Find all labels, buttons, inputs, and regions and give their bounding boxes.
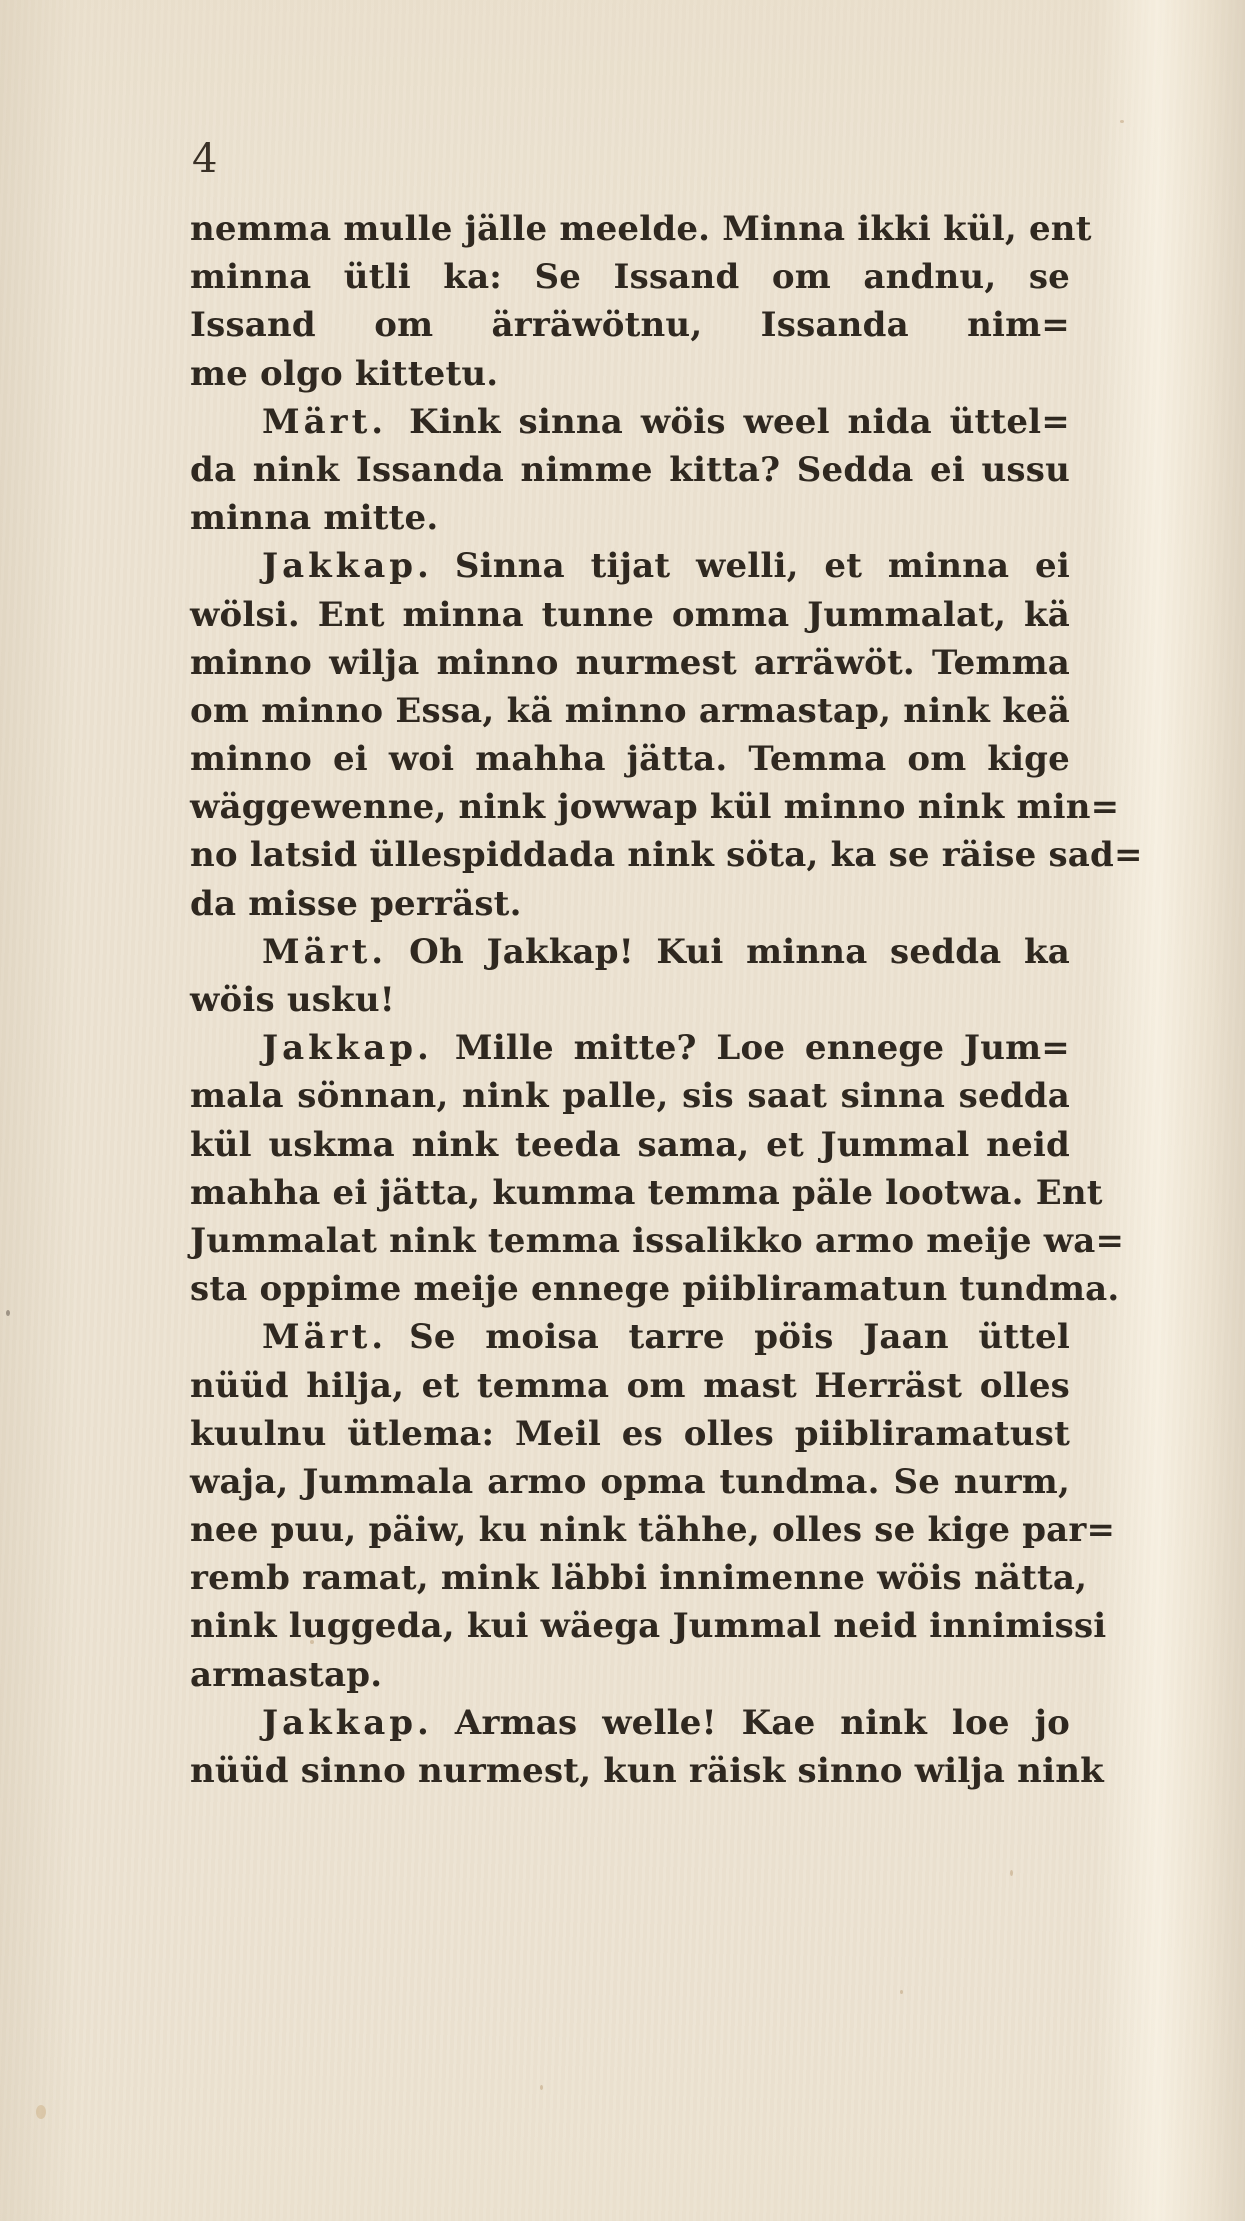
line-text: Kink sinna wöis weel nida üttel= [409,402,1070,442]
text-line: mala sönnan, nink palle, sis saat sinna … [190,1072,1070,1120]
scanned-book-page: 4 nemma mulle jälle meelde. Minna ikki k… [0,0,1245,2221]
speaker-name: Märt. [262,932,387,972]
paper-stain [36,2105,46,2119]
text-line: nee puu, päiw, ku nink tähhe, olles se k… [190,1506,1070,1554]
paragraph: Jakkap.Armas welle! Kae nink loe jo nüüd… [190,1699,1070,1795]
text-line: Issand om ärräwötnu, Issanda nim= [190,301,1070,349]
text-line: armastap. [190,1651,1070,1699]
text-line: nüüd sinno nurmest, kun räisk sinno wilj… [190,1747,1070,1795]
text-line: wölsi. Ent minna tunne omma Jummalat, kä [190,591,1070,639]
paragraph: Jakkap.Mille mitte? Loe ennege Jum= mala… [190,1024,1070,1313]
paragraph: Jakkap.Sinna tijat welli, et minna ei wö… [190,542,1070,928]
line-text: Armas welle! Kae nink loe jo [455,1703,1070,1743]
speaker-name: Märt. [262,1317,387,1357]
paper-speck [6,1310,10,1316]
line-text: Oh Jakkap! Kui minna sedda ka [409,932,1070,972]
paper-speck [1120,120,1124,123]
text-line: me olgo kittetu. [190,350,1070,398]
text-line: remb ramat, mink läbbi innimenne wöis nä… [190,1554,1070,1602]
paper-speck [540,2085,543,2090]
speaker-name: Jakkap. [262,1028,433,1068]
page-number: 4 [192,136,217,182]
text-line: om minno Essa, kä minno armastap, nink k… [190,687,1070,735]
line-text: Mille mitte? Loe ennege Jum= [455,1028,1070,1068]
text-line: minna mitte. [190,494,1070,542]
text-line: minno ei woi mahha jätta. Temma om kige [190,735,1070,783]
text-line: kül uskma nink teeda sama, et Jummal nei… [190,1121,1070,1169]
text-line: nemma mulle jälle meelde. Minna ikki kül… [190,205,1070,253]
text-line: no latsid üllespiddada nink söta, ka se … [190,831,1070,879]
paragraph: Märt.Kink sinna wöis weel nida üttel= da… [190,398,1070,543]
paragraph: Märt.Se moisa tarre pöis Jaan üttel nüüd… [190,1313,1070,1699]
text-line: sta oppime meije ennege piibliramatun tu… [190,1265,1070,1313]
paper-speck [900,1990,903,1994]
text-line: wöis usku! [190,976,1070,1024]
line-text: Sinna tijat welli, et minna ei [455,546,1070,586]
body-text: nemma mulle jälle meelde. Minna ikki kül… [190,205,1070,1795]
paragraph: Märt.Oh Jakkap! Kui minna sedda ka wöis … [190,928,1070,1024]
text-line: Jakkap.Sinna tijat welli, et minna ei [190,542,1070,590]
text-line: da misse perräst. [190,880,1070,928]
speaker-name: Märt. [262,402,387,442]
text-line: Jummalat nink temma issalikko armo meije… [190,1217,1070,1265]
line-text: Se moisa tarre pöis Jaan üttel [409,1317,1070,1357]
text-line: kuulnu ütlema: Meil es olles piibliramat… [190,1410,1070,1458]
text-line: nüüd hilja, et temma om mast Herräst oll… [190,1362,1070,1410]
text-line: Märt.Oh Jakkap! Kui minna sedda ka [190,928,1070,976]
text-line: da nink Issanda nimme kitta? Sedda ei us… [190,446,1070,494]
speaker-name: Jakkap. [262,546,433,586]
text-line: waja, Jummala armo opma tundma. Se nurm, [190,1458,1070,1506]
text-line: Märt.Kink sinna wöis weel nida üttel= [190,398,1070,446]
paragraph: nemma mulle jälle meelde. Minna ikki kül… [190,205,1070,398]
text-line: mahha ei jätta, kumma temma päle lootwa.… [190,1169,1070,1217]
speaker-name: Jakkap. [262,1703,433,1743]
text-line: nink luggeda, kui wäega Jummal neid inni… [190,1602,1070,1650]
text-line: Märt.Se moisa tarre pöis Jaan üttel [190,1313,1070,1361]
text-line: Jakkap.Armas welle! Kae nink loe jo [190,1699,1070,1747]
paper-speck [1010,1870,1013,1876]
text-line: minna ütli ka: Se Issand om andnu, se [190,253,1070,301]
text-line: Jakkap.Mille mitte? Loe ennege Jum= [190,1024,1070,1072]
text-line: minno wilja minno nurmest arräwöt. Temma [190,639,1070,687]
text-line: wäggewenne, nink jowwap kül minno nink m… [190,783,1070,831]
